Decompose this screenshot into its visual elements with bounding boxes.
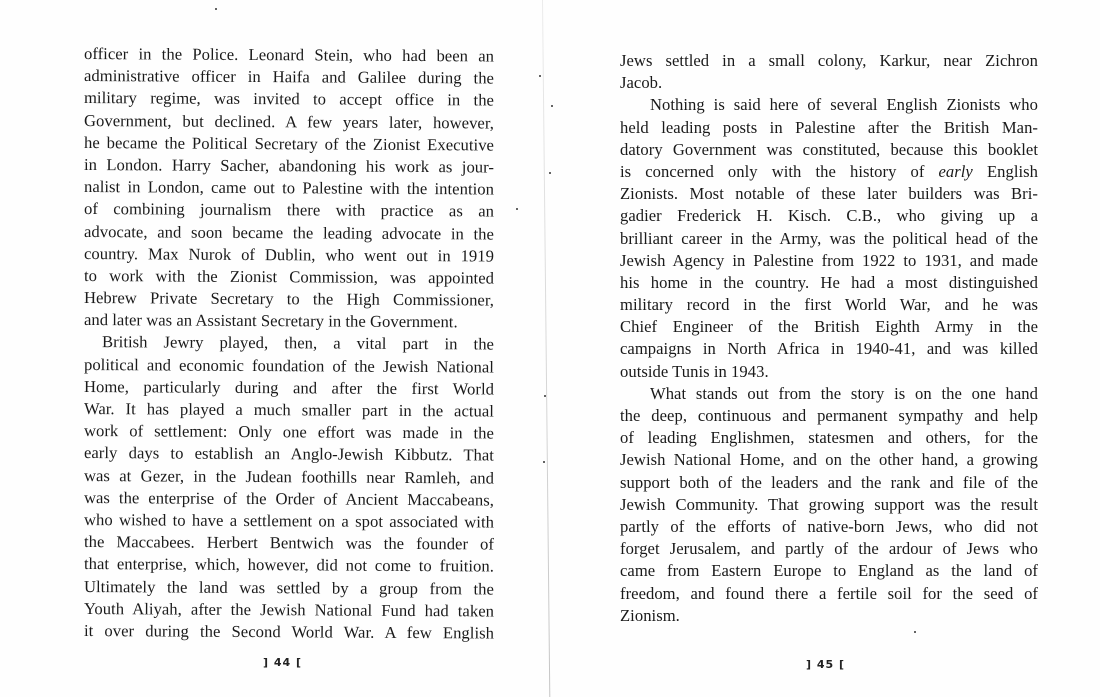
text-line: datory Government was constituted, becau… — [620, 139, 1038, 161]
text-line: Jewish Community. That growing support w… — [620, 494, 1038, 516]
text-line: Hebrew Private Secretary to the High Com… — [84, 287, 494, 312]
text-line: Zionists. Most notable of these later bu… — [620, 183, 1038, 205]
scan-speck — [516, 208, 518, 210]
scan-speck — [914, 631, 916, 633]
text-line: partly of the efforts of native-born Jew… — [620, 516, 1038, 538]
text-line: to work with the Zionist Commission, was… — [84, 265, 494, 290]
text-line-with-emphasis: is concerned only with the history of ea… — [620, 161, 1038, 183]
text-line: and later was an Assistant Secretary in … — [84, 309, 494, 334]
text-line: nalist in London, came out to Palestine … — [84, 176, 494, 201]
text-line: Youth Aliyah, after the Jewish National … — [84, 598, 494, 623]
paragraph-start-line: British Jewry played, then, a vital part… — [84, 331, 494, 356]
text-line: support both of the leaders and the rank… — [620, 472, 1038, 494]
text-line: he became the Political Secretary of the… — [84, 132, 494, 157]
text-line: who wished to have a settlement on a spo… — [84, 509, 494, 534]
text-line: gadier Frederick H. Kisch. C.B., who giv… — [620, 205, 1038, 227]
text-line: freedom, and found there a fertile soil … — [620, 583, 1038, 605]
scan-speck — [544, 395, 546, 397]
text-line: Jewish Agency in Palestine from 1922 to … — [620, 250, 1038, 272]
text-line: of combining journalism there with pract… — [84, 198, 494, 223]
left-page: officer in the Police. Leonard Stein, wh… — [84, 43, 494, 642]
text-line: War. It has played a much smaller part i… — [84, 398, 494, 423]
paragraph-start-line: What stands out from the story is on the… — [620, 383, 1038, 405]
text-line: held leading posts in Palestine after th… — [620, 117, 1038, 139]
text-line: Ultimately the land was settled by a gro… — [84, 576, 494, 601]
text-line: Government, but declined. A few years la… — [84, 110, 494, 135]
text-line: the Maccabees. Herbert Bentwich was the … — [84, 531, 494, 556]
emphasized-word: early — [939, 162, 973, 181]
text-line: Chief Engineer of the British Eighth Arm… — [620, 316, 1038, 338]
text-line: campaigns in North Africa in 1940-41, an… — [620, 338, 1038, 360]
text-line: forget Jerusalem, and partly of the ardo… — [620, 538, 1038, 560]
text-line: brilliant career in the Army, was the po… — [620, 228, 1038, 250]
text-line: advocate, and soon became the leading ad… — [84, 221, 494, 246]
text-line: outside Tunis in 1943. — [620, 361, 1038, 383]
scan-speck — [215, 8, 217, 10]
text-segment: is concerned only with the history of — [620, 162, 924, 181]
page-number-right: ] 45 [ — [806, 658, 845, 671]
text-line: that enterprise, which, however, did not… — [84, 553, 494, 578]
book-spread: officer in the Police. Leonard Stein, wh… — [0, 0, 1100, 697]
text-line: was the enterprise of the Order of Ancie… — [84, 487, 494, 512]
page-number-left: ] 44 [ — [263, 656, 302, 669]
text-line: it over during the Second World War. A f… — [84, 620, 494, 645]
text-line: Zionism. — [620, 605, 1038, 627]
text-line: Jews settled in a small colony, Karkur, … — [620, 50, 1038, 72]
text-line: of leading Englishmen, statesmen and oth… — [620, 427, 1038, 449]
text-line: officer in the Police. Leonard Stein, wh… — [84, 43, 494, 68]
text-line: Home, particularly during and after the … — [84, 376, 494, 401]
text-line: in London. Harry Sacher, abandoning his … — [84, 154, 494, 179]
paragraph-start-line: Nothing is said here of several English … — [620, 94, 1038, 116]
text-line: political and economic foundation of the… — [84, 354, 494, 379]
text-line: came from Eastern Europe to England as t… — [620, 560, 1038, 582]
scan-speck — [539, 75, 541, 77]
text-line: Jacob. — [620, 72, 1038, 94]
text-line: administrative officer in Haifa and Gali… — [84, 65, 494, 90]
scan-speck — [551, 105, 553, 107]
scan-speck — [549, 172, 551, 174]
text-line: Jewish National Home, and on the other h… — [620, 449, 1038, 471]
text-line: was at Gezer, in the Judean foothills ne… — [84, 465, 494, 490]
text-segment: English — [987, 162, 1038, 181]
right-page: Jews settled in a small colony, Karkur, … — [620, 50, 1038, 627]
text-line: work of settlement: Only one effort was … — [84, 420, 494, 445]
text-line: military regime, was invited to accept o… — [84, 87, 494, 112]
scan-speck — [543, 461, 545, 463]
text-line: military record in the first World War, … — [620, 294, 1038, 316]
text-line: the deep, continuous and permanent sympa… — [620, 405, 1038, 427]
text-line: his home in the country. He had a most d… — [620, 272, 1038, 294]
text-line: country. Max Nurok of Dublin, who went o… — [84, 243, 494, 268]
page-gutter — [542, 0, 550, 697]
text-line: early days to establish an Anglo-Jewish … — [84, 442, 494, 467]
